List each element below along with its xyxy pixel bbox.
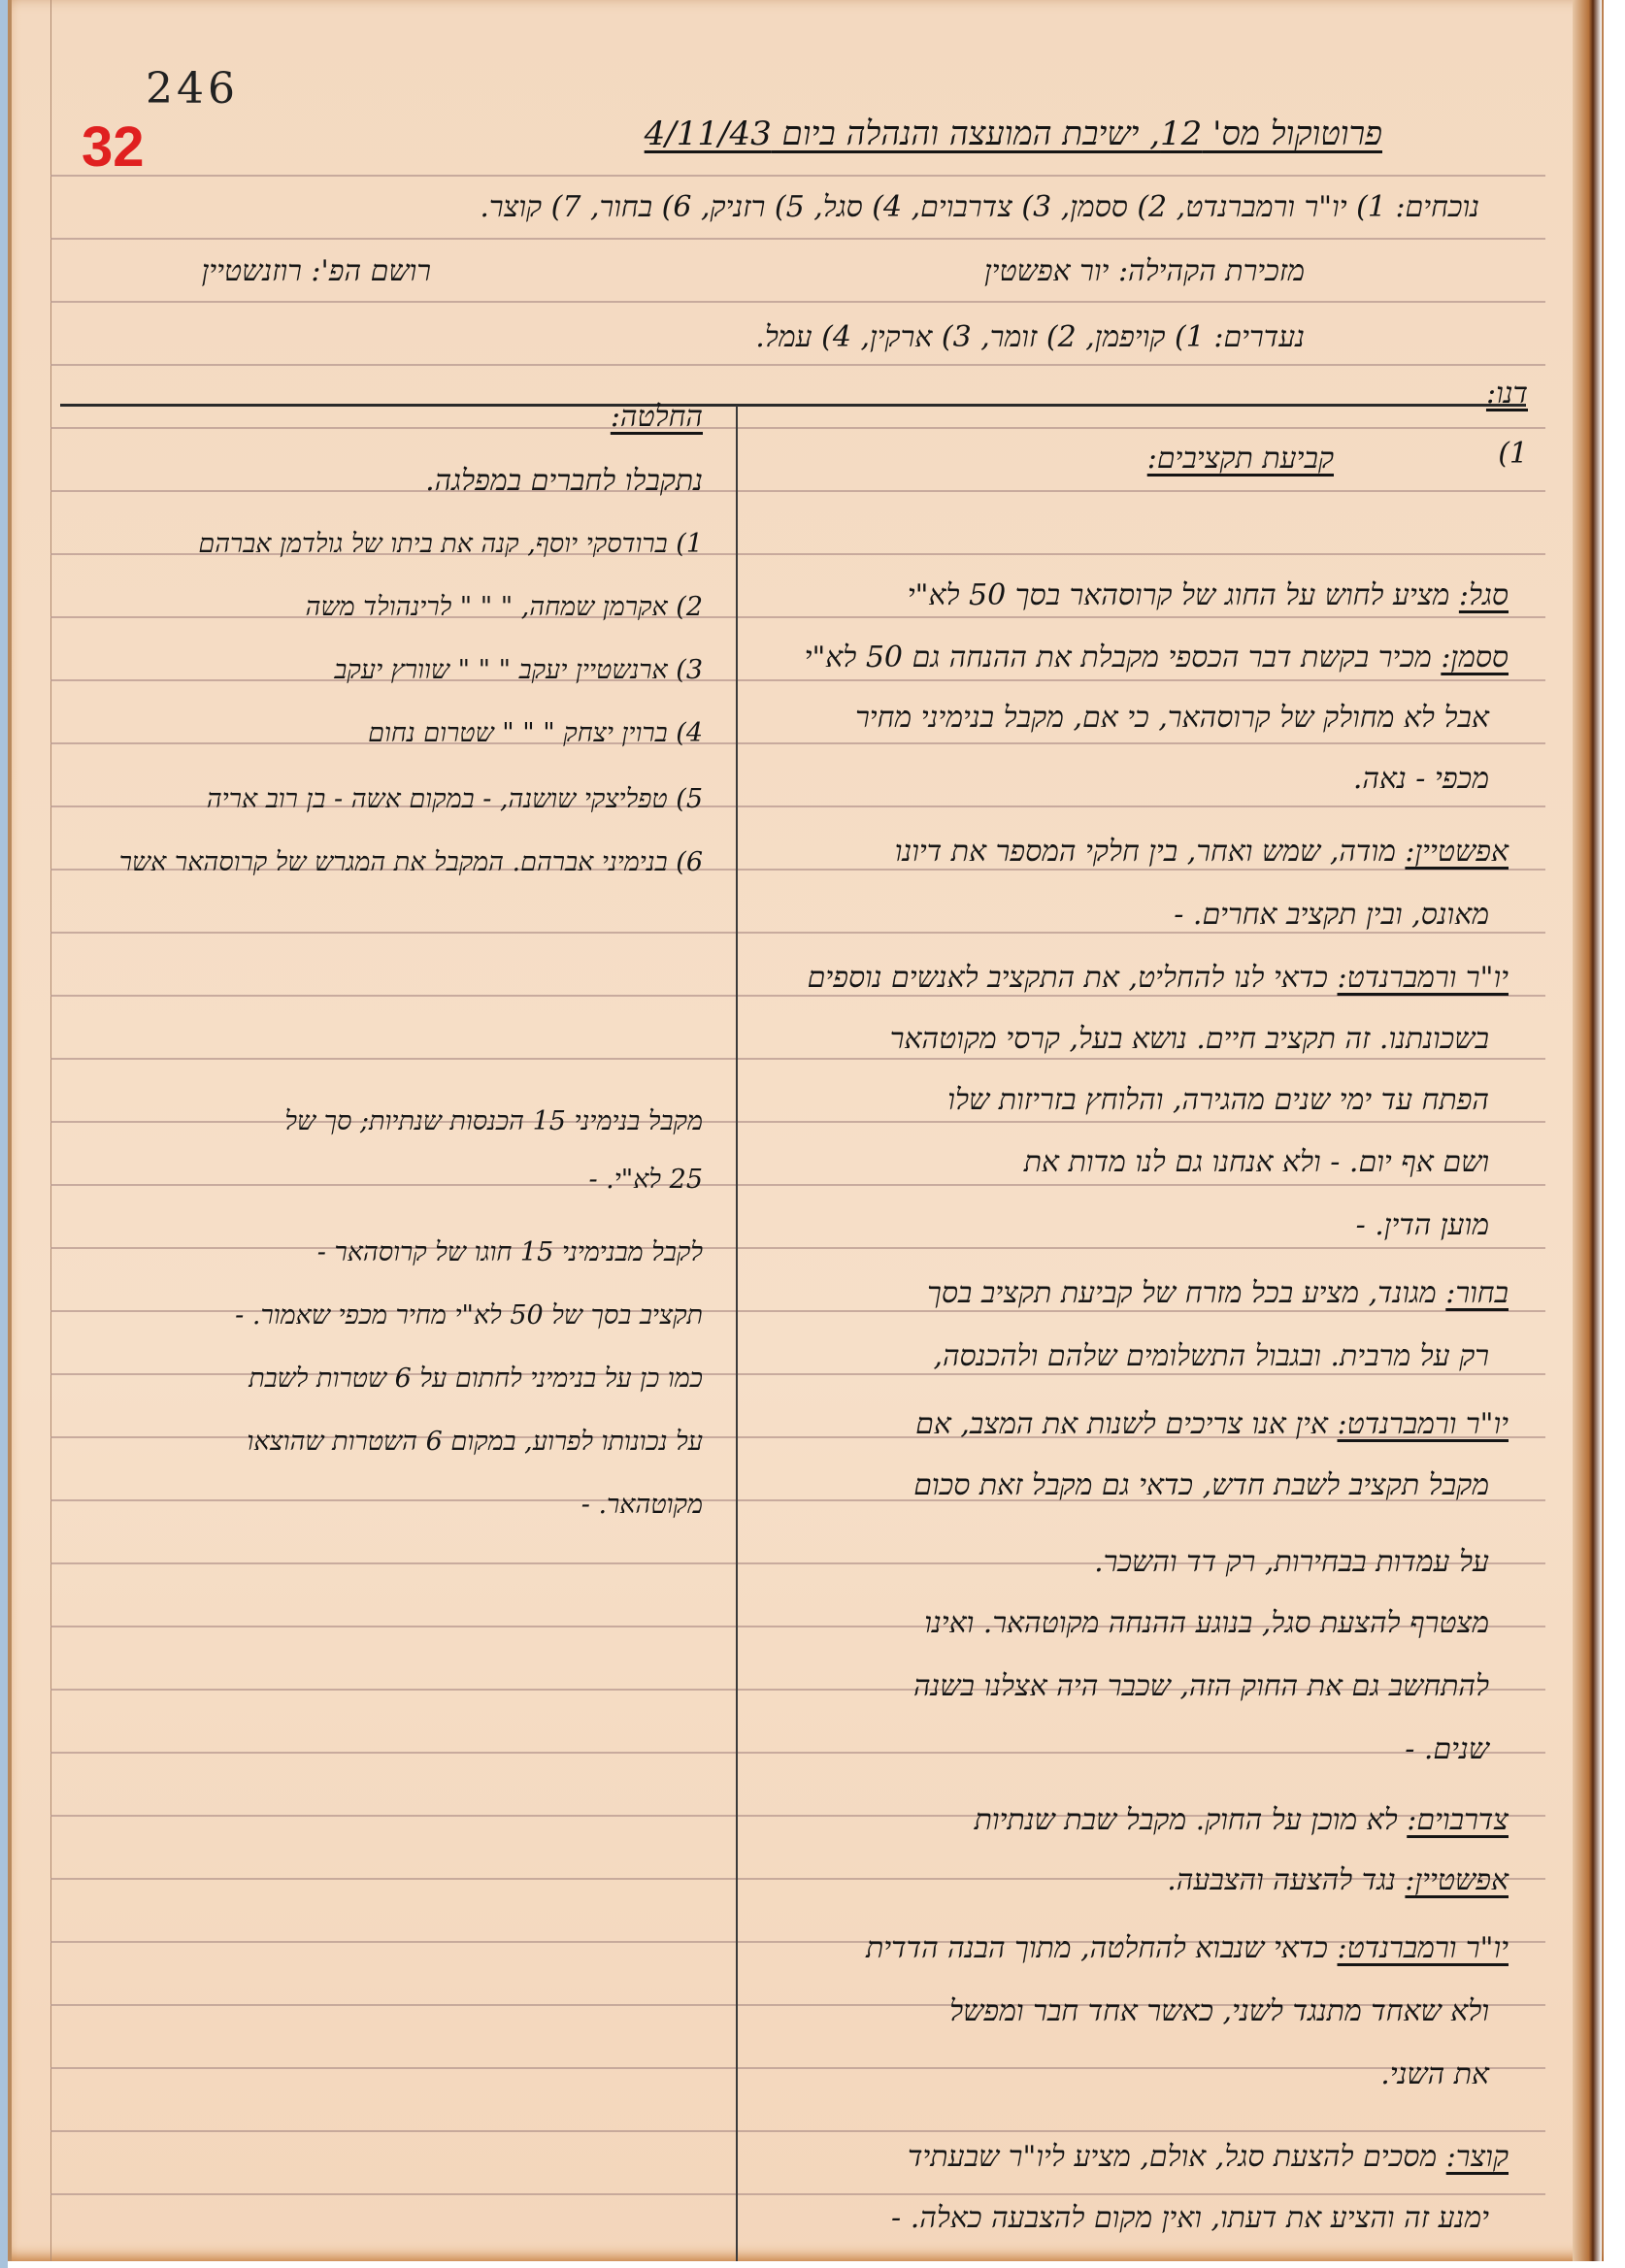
margin-line [50,0,51,2261]
discussion-line: בשכונתנו. זה תקציב חיים. נושא בעל, קרסי … [890,1022,1489,1056]
discussion-entry: ססמן: מכיר בקשת דבר הכספי מקבלת את ההנחה… [805,641,1509,674]
discussion-entry: אפשטיין: נגד להצעה והצבעה. [1167,1863,1509,1897]
discussion-line: את השני. [1380,2057,1489,2091]
discussion-entry: יו"ר ורמברנדט: כדאי לנו להחליט, את התקצי… [808,961,1509,995]
member-item: 2) אקרמן שמחה, " " " לרינהולד משה [306,592,703,622]
page-edge [1573,0,1602,2261]
ruled-line [50,995,1545,997]
discussion-line: מצטרף להצעת סגל, בנוגע ההנחה מקוטהאר. וא… [924,1606,1489,1640]
speaker-name: יו"ר ורמברנדט: [1338,1407,1509,1441]
member-item: 5) טפליצקי שושנה, - במקום אשה - בן רוב א… [207,784,703,814]
ruled-line [50,616,1545,618]
ruled-line [50,1058,1545,1060]
speaker-name: יו"ר ורמברנדט: [1338,961,1509,995]
header-divider [60,404,1526,407]
discussion-line: ולא שאחד מתנגד לשני, כאשר אחד חבר ומפשל [949,1994,1489,2028]
speaker-name: ססמן: [1441,641,1509,674]
speaker-name: צדרבוים: [1407,1803,1509,1837]
item-title: קביעת תקציבים: [1147,442,1334,476]
ruled-line [50,238,1545,240]
decision-line: תקציב בסך של 50 לא"י מחיר מכפי שאמור. - [235,1300,703,1331]
decision-line: מקבל בנימיני 15 הכנסות שנתיות; סך של [284,1106,703,1136]
discussion-line: שנים. - [1405,1732,1489,1766]
decision-line: על נכונותו לפרוע, במקום 6 השטרות שהוצאו [247,1427,703,1457]
discussion-line: מוען הדין. - [1356,1208,1489,1242]
decision-line: כמו כן על בנימיני לחתום על 6 שטרות לשבת [249,1364,703,1394]
present-list: נוכחים: 1) יו"ר ורמברנדט, 2) ססמן, 3) צד… [480,190,1479,224]
ruled-line [50,490,1545,492]
secretary-line: מזכירת הקהילה: יור אפשטין [984,254,1305,288]
ruled-line [50,175,1545,177]
discussion-line: ימנע זה והציע את דעתו, ואין מקום להצבעה … [891,2201,1489,2235]
ruled-line [50,364,1545,366]
member-item: 3) ארנשטיין יעקב " " " שוורץ יעקב [334,655,703,685]
ruled-line [50,1752,1545,1754]
speaker-name: יו"ר ורמברנדט: [1338,1931,1509,1965]
discussion-line: הפתח עד ימי שנים מהגירה, והלוחץ בזריזות … [947,1083,1489,1117]
discussion-line: רק על מרבית. ובגבול התשלומים שלהם ולהכנס… [933,1339,1489,1373]
ruled-line [50,2067,1545,2069]
discussion-line: מקבל תקציב לשבת חדש, כדאי גם מקבל זאת סכ… [913,1468,1489,1502]
ruled-line [50,742,1545,744]
discussion-label: דנו: [1486,377,1528,411]
absent-list: נעדרים: 1) קויפמן, 2) זומר, 3) ארקין, 4)… [755,320,1305,354]
item-number: 1) [1498,437,1528,471]
decision-intro: נתקבלו לחברים במפלגה. [425,464,703,498]
ruled-line [50,1121,1545,1123]
discussion-entry: צדרבוים: לא מוכן על החוק. מקבל שבת שנתיו… [975,1803,1509,1837]
minutes-taker: רושם הפ': רוזנשטיין [202,254,431,288]
archive-number: 32 [82,115,145,180]
member-item: 4) ברוין יצחק " " " שטרום נחום [368,718,703,748]
speaker-name: בחור: [1445,1276,1509,1310]
discussion-entry: בחור: מגונד, מציע בכל מזרח של קביעת תקצי… [927,1276,1509,1310]
document-title: פרוטוקול מס' 12, ישיבת המועצה והנהלה ביו… [645,115,1382,153]
decision-line: לקבל מבנימיני 15 חוגו של קרוסהאר - [317,1237,703,1267]
member-item: 6) בנימיני אברהם. המקבל את המגרש של קרוס… [119,847,703,877]
discussion-line: מכפי - נאה. [1353,762,1489,796]
discussion-line: אבל לא מחולק של קרוסהאר, כי אם, מקבל בני… [855,701,1489,735]
discussion-line: מאונס, ובין תקציב אחרים. - [1174,898,1489,932]
scan-background-strip [0,0,8,2268]
decision-label: החלטה: [611,400,703,434]
speaker-name: אפשטיין: [1405,1863,1509,1897]
ruled-line [50,1184,1545,1186]
ruled-line [50,427,1545,429]
discussion-line: ושם אף יום. - ולא אנחנו גם לנו מדות את [1024,1145,1489,1179]
member-item: 1) ברודסקי יוסף, קנה את ביתו של גולדמן א… [198,529,703,559]
discussion-entry: יו"ר ורמברנדט: אין אנו צריכים לשנות את ה… [915,1407,1509,1441]
ruled-line [50,301,1545,303]
speaker-name: סגל: [1459,578,1509,612]
ruled-line [50,932,1545,934]
page-number: 246 [146,64,239,114]
speaker-name: קוצר: [1446,2140,1509,2174]
discussion-line: להתחשב גם את החוק הזה, שכבר היה אצלנו בש… [913,1669,1489,1703]
discussion-entry: אפשטיין: מודה, שמש ואחר, בין חלקי המספר … [895,835,1509,869]
discussion-entry: קוצר: מסכים להצעת סגל, אולם, מציע ליו"ר … [908,2140,1509,2174]
decision-line: 25 לא"י. - [588,1165,703,1195]
ruled-line [50,1247,1545,1249]
ruled-line [50,679,1545,681]
ruled-line [50,2130,1545,2132]
decision-line: מקוטהאר. - [581,1490,703,1520]
ruled-line [50,2193,1545,2195]
column-divider [736,406,738,2261]
discussion-line: על עמדות בבחירות, רק דד והשכר. [1094,1545,1489,1579]
discussion-entry: סגל: מציע לחוש על החוג של קרוסהאר בסך 50… [908,578,1509,612]
discussion-entry: יו"ר ורמברנדט: כדאי שנבוא להחלטה, מתוך ה… [866,1931,1509,1965]
speaker-name: אפשטיין: [1405,835,1509,869]
